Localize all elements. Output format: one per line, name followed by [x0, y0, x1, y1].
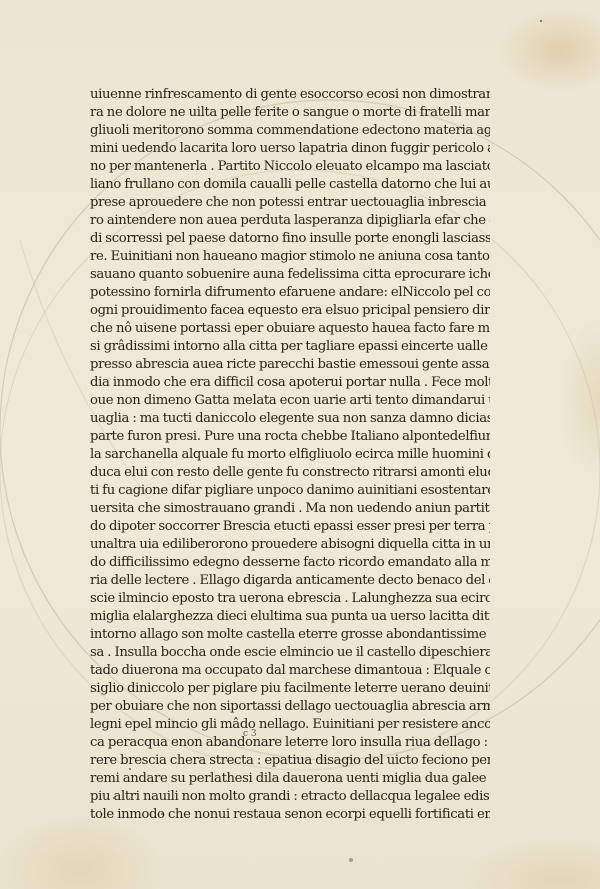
ink-speck	[129, 768, 131, 770]
text-line: ca peracqua enon abandonare leterre loro…	[90, 734, 490, 752]
text-line: liano frullano con domila caualli pelle …	[90, 176, 490, 194]
ink-speck	[113, 797, 115, 799]
text-line: unaltra uia ediliberorono prouedere abis…	[90, 536, 490, 554]
text-line: ogni prouidimento facea equesto era elsu…	[90, 302, 490, 320]
text-line: tado diuerona ma occupato dal marchese d…	[90, 662, 490, 680]
signature-mark: c 3	[243, 729, 257, 739]
ink-speck	[540, 20, 542, 22]
ink-speck	[448, 255, 450, 257]
text-line: di scorressi pel paese datorno fino insu…	[90, 230, 490, 248]
text-line: dia inmodo che era difficil cosa apoteru…	[90, 374, 490, 392]
text-line: re. Euinitiani non haueano magior stimol…	[90, 248, 490, 266]
text-line: parte furon presi. Pure una rocta chebbe…	[90, 428, 490, 446]
text-line: legni epel mincio gli mâdo nellago. Euin…	[90, 716, 490, 734]
text-line: siglio diniccolo per piglare piu facilme…	[90, 680, 490, 698]
text-line: rere brescia chera strecta : epatiua dis…	[90, 752, 490, 770]
text-line: intorno allago son molte castella eterre…	[90, 626, 490, 644]
text-line: potessino fornirla difrumento efaruene a…	[90, 284, 490, 302]
text-line: do dipoter soccorrer Brescia etucti epas…	[90, 518, 490, 536]
text-line: gliuoli meritorono somma commendatione e…	[90, 122, 490, 140]
text-line: no per mantenerla . Partito Niccolo eleu…	[90, 158, 490, 176]
text-line: ro aintendere non auea perduta lasperanz…	[90, 212, 490, 230]
text-line: si grâdissimi intorno alla citta per tag…	[90, 338, 490, 356]
text-line: piu altri nauili non molto grandi : etra…	[90, 788, 490, 806]
text-line: la sarchanella alquale fu morto elfigliu…	[90, 446, 490, 464]
parchment-page: uiuenne rinfrescamento di gente esoccors…	[0, 0, 600, 889]
text-line: presso abrescia auea ricte parecchi bast…	[90, 356, 490, 374]
text-line: prese aprouedere che non potessi entrar …	[90, 194, 490, 212]
text-line: mini uedendo lacarita loro uerso lapatri…	[90, 140, 490, 158]
text-line: remi andare su perlathesi dila dauerona …	[90, 770, 490, 788]
text-line: che nô uisene portassi eper obuiare aque…	[90, 320, 490, 338]
ink-speck	[161, 813, 163, 815]
text-line: oue non dimeno Gatta melata econ uarie a…	[90, 392, 490, 410]
ink-speck	[349, 858, 353, 862]
text-line: tole inmodo che nonui restaua senon ecor…	[90, 806, 490, 824]
text-line: uersita che simostrauano grandi . Ma non…	[90, 500, 490, 518]
text-line: uiuenne rinfrescamento di gente esoccors…	[90, 86, 490, 104]
text-line: miglia elalarghezza dieci elultima sua p…	[90, 608, 490, 626]
text-line: uaglia : ma tucti daniccolo elegente sua…	[90, 410, 490, 428]
text-line: sauano quanto sobuenire auna fedelissima…	[90, 266, 490, 284]
body-text: uiuenne rinfrescamento di gente esoccors…	[90, 86, 490, 824]
text-line: ti fu cagione difar pigliare unpoco dani…	[90, 482, 490, 500]
text-line: sa . Insulla boccha onde escie elmincio …	[90, 644, 490, 662]
text-line: duca elui con resto delle gente fu const…	[90, 464, 490, 482]
text-line: ra ne dolore ne uilta pelle ferite o san…	[90, 104, 490, 122]
text-line: per obuiare che non siportassi dellago u…	[90, 698, 490, 716]
text-line: do difficilissimo edegno desserne facto …	[90, 554, 490, 572]
text-line: ria delle lectere . Ellago digarda antic…	[90, 572, 490, 590]
text-line: scie ilmincio eposto tra uerona ebrescia…	[90, 590, 490, 608]
